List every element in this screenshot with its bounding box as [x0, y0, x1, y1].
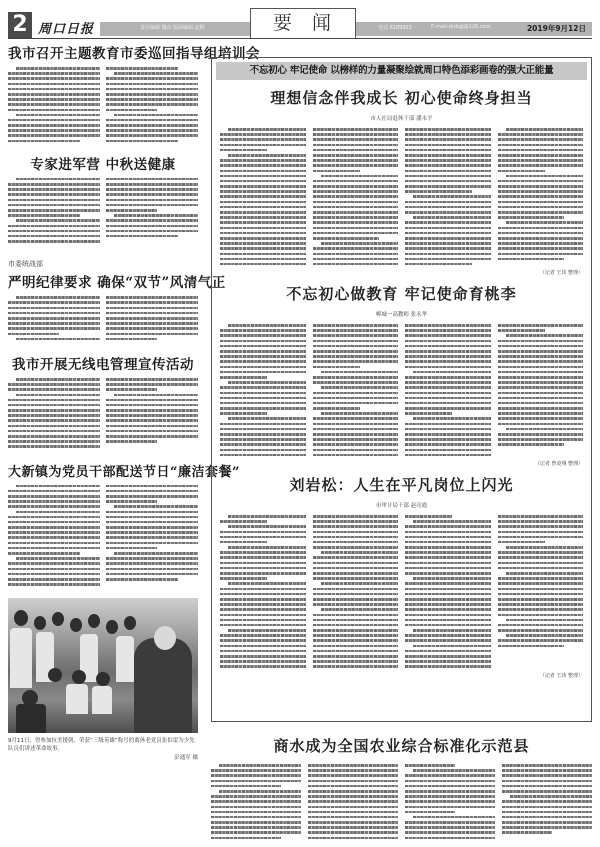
- body-text: [8, 485, 100, 589]
- news-photo[interactable]: 9月11日，曾参加抗美援朝、荣获“三级英雄”称号的离休老党员张伯雷为少先队员们讲…: [8, 598, 198, 761]
- story-ideals-and-beliefs[interactable]: 理想信念伴我成长 初心使命终身担当 市人社局退休干部 潘永平 （记者 王玮 整理…: [212, 87, 591, 276]
- body-text: [106, 485, 198, 589]
- body-text: [313, 324, 399, 459]
- byline: 市审计局干部 赵亮霞: [212, 501, 591, 509]
- masthead-band-left: 责任编辑 魏东 版面编辑 赵帆: [100, 22, 250, 36]
- body-text: [8, 378, 100, 451]
- contact-phone: 电话 8189933: [378, 24, 412, 31]
- page-number: 2: [8, 12, 32, 38]
- headline[interactable]: 专家进军营 中秋送健康: [8, 153, 198, 173]
- byline: 郸城一高教师 张永华: [212, 310, 591, 318]
- body-text: [502, 764, 592, 842]
- story-signature: （记者 王玮 整理）: [212, 672, 583, 679]
- photo-veteran-with-children[interactable]: [8, 598, 198, 733]
- body-text: [405, 764, 495, 842]
- body-text: [220, 128, 306, 268]
- body-text: [106, 67, 198, 145]
- article-clean-package[interactable]: 大新镇为党员干部配送节日“廉洁套餐”: [8, 461, 198, 589]
- photo-credit: 彭通军 摄: [8, 753, 198, 761]
- story-education[interactable]: 不忘初心做教育 牢记使命育桃李 郸城一高教师 张永华 （记者 曾凌翔 整理）: [212, 283, 591, 467]
- body-text: [405, 515, 491, 671]
- body-text: [498, 128, 584, 268]
- body-text: [405, 128, 491, 268]
- headline[interactable]: 刘岩松：人生在平凡岗位上闪光: [212, 474, 591, 495]
- editor-credits: 责任编辑 魏东 版面编辑 赵帆: [140, 24, 205, 31]
- byline: 市人社局退休干部 潘永平: [212, 114, 591, 122]
- story-signature: （记者 王玮 整理）: [212, 269, 583, 276]
- headline[interactable]: 商水成为全国农业综合标准化示范县: [211, 735, 592, 756]
- headline[interactable]: 我市召开主题教育市委巡回指导组培训会: [8, 42, 198, 62]
- section-tag: 市委统战部: [8, 259, 198, 269]
- body-text: [106, 178, 198, 245]
- story-signature: （记者 曾凌翔 整理）: [212, 460, 583, 467]
- masthead-rule: [8, 38, 592, 39]
- headline[interactable]: 不忘初心做教育 牢记使命育桃李: [212, 283, 591, 304]
- headline[interactable]: 理想信念伴我成长 初心使命终身担当: [212, 87, 591, 108]
- headline[interactable]: 大新镇为党员干部配送节日“廉洁套餐”: [8, 461, 198, 480]
- body-text: [498, 515, 584, 671]
- masthead: 2 周口日报 责任编辑 魏东 版面编辑 赵帆 要闻 电话 8189933 E-m…: [8, 8, 592, 38]
- article-discipline[interactable]: 市委统战部 严明纪律要求 确保“双节”风清气正: [8, 259, 198, 343]
- issue-date: 2019年9月12日: [527, 23, 586, 34]
- body-text: [220, 324, 306, 459]
- body-text: [313, 515, 399, 671]
- body-text: [220, 515, 306, 671]
- headline[interactable]: 严明纪律要求 确保“双节”风清气正: [8, 271, 198, 291]
- body-text: [8, 67, 100, 145]
- story-liu-yansong[interactable]: 刘岩松：人生在平凡岗位上闪光 市审计局干部 赵亮霞 （记者 王玮 整理）: [212, 474, 591, 679]
- article-shangshui-agriculture[interactable]: 商水成为全国农业综合标准化示范县: [211, 735, 592, 842]
- photo-caption: 9月11日，曾参加抗美援朝、荣获“三级英雄”称号的离休老党员张伯雷为少先队员们讲…: [8, 737, 198, 753]
- masthead-band-right: 电话 8189933 E-mail:zkrbgj@126.com 2019年9月…: [356, 22, 592, 36]
- left-column: 我市召开主题教育市委巡回指导组培训会 专家进军营 中秋送健康 市委统战部 严明纪…: [8, 42, 198, 761]
- article-training-meeting[interactable]: 我市召开主题教育市委巡回指导组培训会: [8, 42, 198, 145]
- body-text: [498, 324, 584, 459]
- body-text: [8, 178, 100, 245]
- elder-figure: [134, 638, 192, 733]
- section-title: 要闻: [250, 8, 356, 38]
- contact-email: E-mail:zkrbgj@126.com: [431, 24, 491, 30]
- article-radio-management[interactable]: 我市开展无线电管理宣传活动: [8, 353, 198, 451]
- article-health-camp[interactable]: 专家进军营 中秋送健康: [8, 153, 198, 245]
- body-text: [106, 296, 198, 343]
- body-text: [308, 764, 398, 842]
- feature-box: 不忘初心 牢记使命 以榜样的力量凝聚绘就周口特色添彩画卷的强大正能量 理想信念伴…: [211, 57, 592, 722]
- headline[interactable]: 我市开展无线电管理宣传活动: [8, 353, 198, 373]
- body-text: [211, 764, 301, 842]
- feature-banner: 不忘初心 牢记使命 以榜样的力量凝聚绘就周口特色添彩画卷的强大正能量: [216, 62, 587, 80]
- body-text: [106, 378, 198, 451]
- body-text: [8, 296, 100, 343]
- body-text: [313, 128, 399, 268]
- body-text: [405, 324, 491, 459]
- paper-name-logo: 周口日报: [38, 18, 94, 37]
